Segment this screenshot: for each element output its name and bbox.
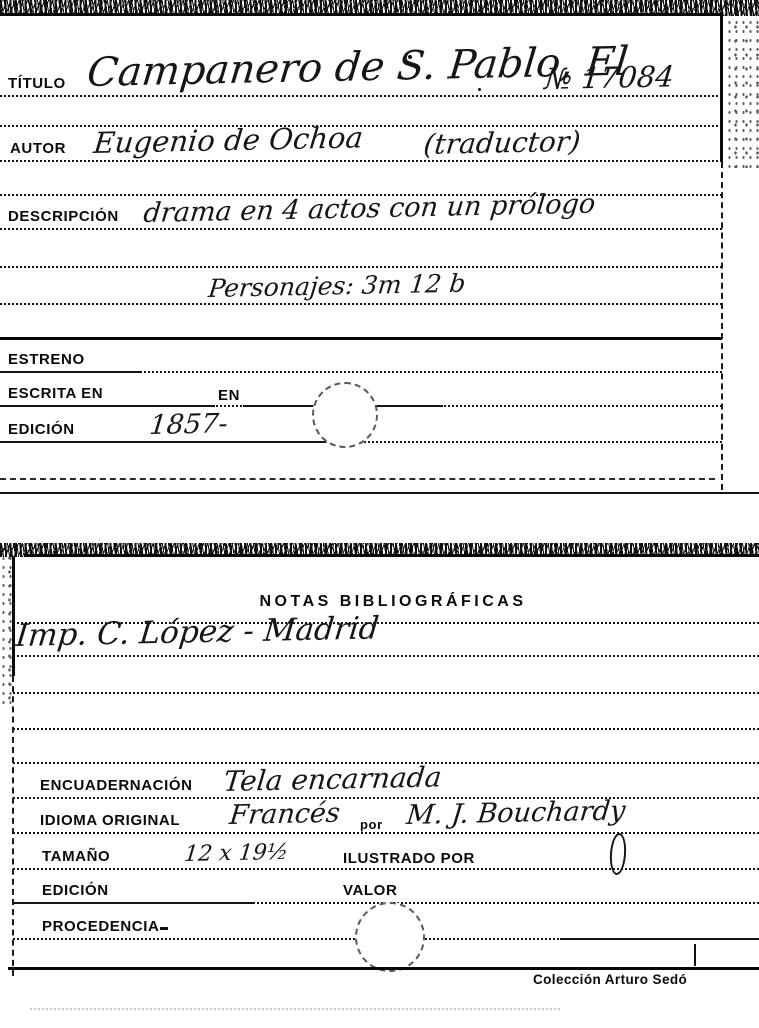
idioma-autor-value: M. J. Bouchardy <box>405 795 627 831</box>
stray-ink-dash <box>160 927 168 930</box>
idioma-por-label: por <box>360 817 383 832</box>
card2-bottom-border <box>8 967 759 970</box>
card-right-border-dashed <box>721 162 723 490</box>
ruled-line <box>13 868 759 870</box>
ruled-line <box>13 655 759 657</box>
scan-noise-line <box>30 1008 560 1010</box>
idioma-original-label: IDIOMA ORIGINAL <box>40 812 180 829</box>
notas-heading: NOTAS BIBLIOGRÁFICAS <box>133 593 653 611</box>
ruled-line <box>0 303 722 305</box>
ruled-line <box>13 728 759 730</box>
stray-tick-line <box>694 944 696 966</box>
ruled-line <box>13 797 759 799</box>
escrita-en-label: ESCRITA EN <box>8 385 103 402</box>
estreno-label: ESTRENO <box>8 351 85 368</box>
ruled-line <box>0 160 722 162</box>
ruled-line-segment <box>13 902 253 904</box>
ruled-line <box>0 266 722 268</box>
imprenta-value: Imp. C. López - Madrid <box>14 610 381 654</box>
descripcion-label: DESCRIPCIÓN <box>8 208 119 225</box>
autor-label: AUTOR <box>10 140 66 157</box>
section-divider-line <box>0 337 722 340</box>
titulo-label: TÍTULO <box>8 75 66 92</box>
card-right-border <box>720 14 723 162</box>
edicion-value: 1857- <box>148 408 229 441</box>
scan-noise-right <box>726 0 759 168</box>
encuadernacion-label: ENCUADERNACIÓN <box>40 777 193 794</box>
card2-left-border-dashed <box>12 676 14 976</box>
procedencia-label: PROCEDENCIA <box>42 918 159 935</box>
edicion-label: EDICIÓN <box>8 421 75 438</box>
hole-punch <box>312 382 378 448</box>
ruled-line-segment <box>560 938 759 940</box>
ruled-line <box>13 692 759 694</box>
valor-label: VALOR <box>343 882 397 899</box>
ruled-line <box>0 228 722 230</box>
card-bottom-border <box>0 492 759 494</box>
catalog-card-scan: TÍTULO AUTOR DESCRIPCIÓN ESTRENO ESCRITA… <box>0 0 759 1028</box>
ruled-line-segment <box>0 405 215 407</box>
ruled-line-segment <box>0 371 140 373</box>
numero-value: № 17084 <box>543 59 676 96</box>
card-bottom-broken-line <box>0 478 715 480</box>
en-label: EN <box>218 387 240 404</box>
hole-punch <box>355 902 425 972</box>
card2-top-border <box>24 554 759 557</box>
stray-ink-dot <box>478 88 481 91</box>
coleccion-label: Colección Arturo Sedó <box>533 972 687 987</box>
tamano-value: 12 x 19½ <box>183 840 290 867</box>
autor-note: (traductor) <box>422 125 582 161</box>
tamano-label: TAMAÑO <box>42 848 110 865</box>
edicion-bottom-label: EDICIÓN <box>42 882 109 899</box>
idioma-original-value: Francés <box>228 798 342 831</box>
encuadernacion-value: Tela encarnada <box>222 760 443 798</box>
card-top-border <box>0 13 723 16</box>
descripcion-line2: Personajes: 3m 12 b <box>207 269 467 303</box>
ruled-line <box>13 832 759 834</box>
card2-left-border <box>12 556 15 676</box>
ruled-line-segment <box>0 441 330 443</box>
ilustrado-por-label: ILUSTRADO POR <box>343 850 475 867</box>
autor-value: Eugenio de Ochoa <box>92 120 365 160</box>
